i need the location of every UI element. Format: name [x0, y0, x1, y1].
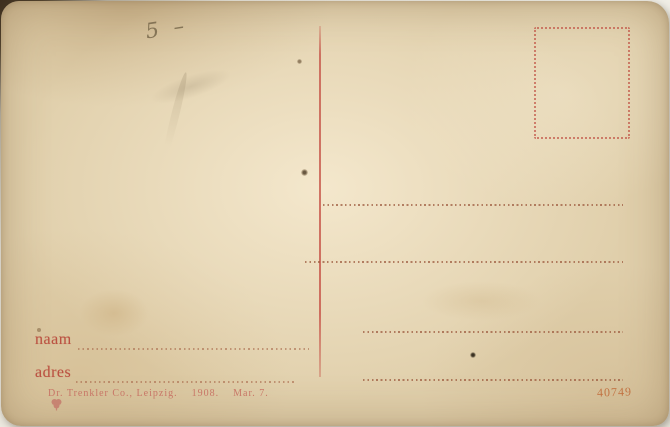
- address-line-4: [363, 379, 623, 381]
- postcard-divider-line: [319, 26, 321, 377]
- publisher-imprint: Dr. Trenkler Co., Leipzig. 1908. Mar. 7.: [29, 387, 269, 400]
- paper-speck: [470, 352, 476, 358]
- publisher-year: 1908.: [192, 388, 220, 399]
- address-field-line: [76, 381, 297, 383]
- publisher-company: Dr. Trenkler Co., Leipzig.: [48, 388, 178, 399]
- address-line-1: [323, 204, 623, 206]
- paper-stain: [160, 71, 190, 160]
- serial-number: 40749: [597, 384, 633, 400]
- stamp-box: [534, 27, 630, 139]
- name-field-label: naam: [35, 331, 72, 349]
- postcard-back: 5 – naam adres Dr. Trenkler Co., Leipzig…: [1, 1, 669, 426]
- paper-stain: [421, 281, 541, 321]
- handwritten-pencil-note: 5 –: [144, 3, 256, 44]
- address-line-2: [305, 261, 623, 263]
- publisher-series: Mar. 7.: [233, 388, 269, 399]
- paper-stain: [125, 42, 256, 131]
- publisher-logo-icon: [29, 387, 42, 400]
- address-field-label: adres: [35, 364, 71, 382]
- paper-stain: [79, 289, 149, 337]
- paper-speck: [301, 169, 308, 176]
- address-line-3: [363, 331, 623, 333]
- paper-speck: [297, 59, 302, 64]
- name-field-line: [78, 348, 309, 350]
